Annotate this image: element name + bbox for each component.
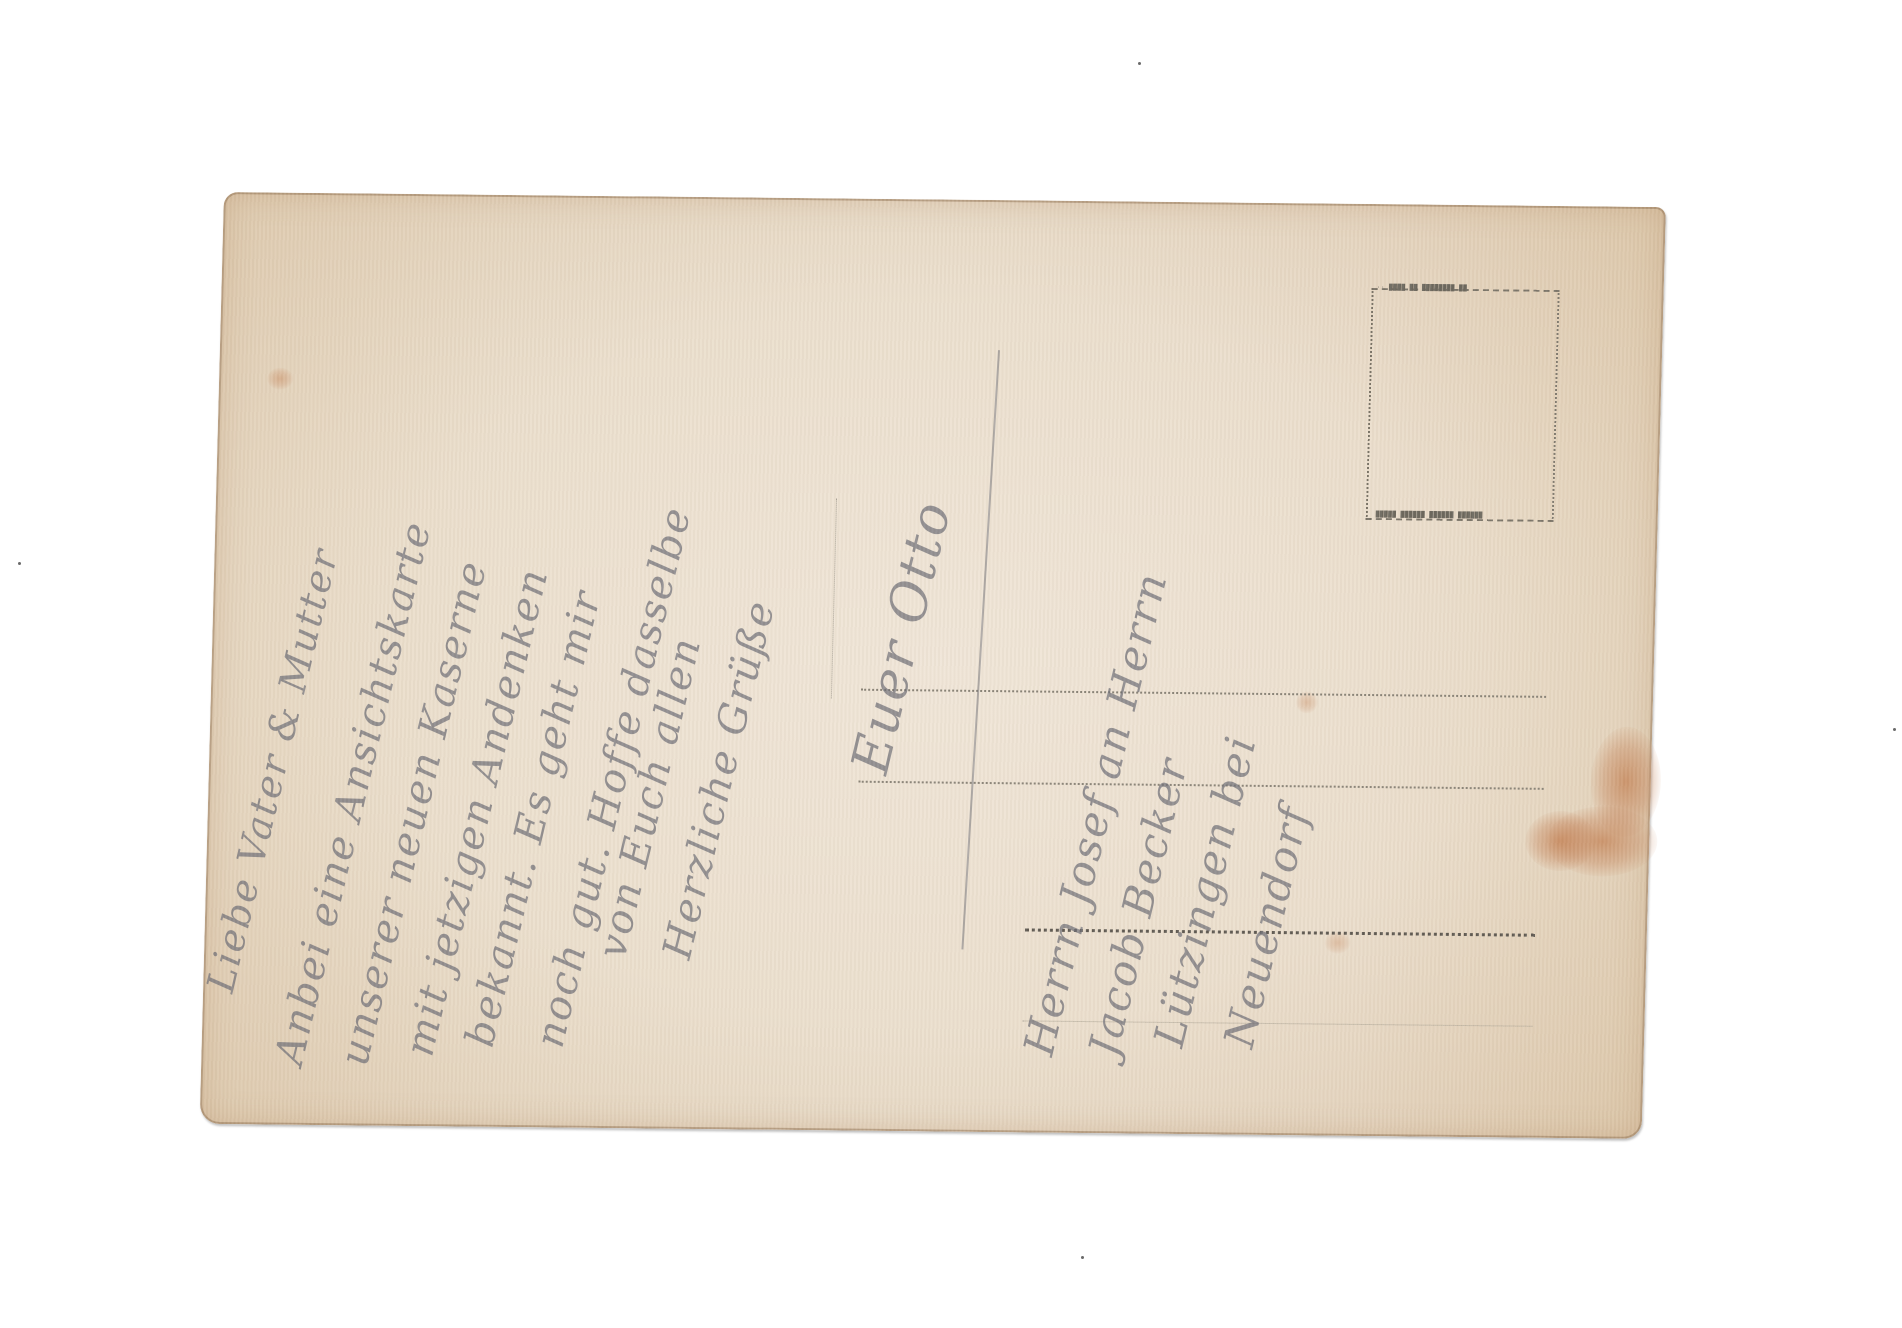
address-line-2 [859, 781, 1544, 790]
pencil-stroke [961, 350, 1000, 949]
stamp-box-top-caption: ·· ████ ██ ████████ ██ [1377, 284, 1468, 292]
dust-speck [1893, 728, 1896, 731]
address-line-1 [861, 689, 1546, 698]
postcard: ·· ████ ██ ████████ ██ █████ ██████ ████… [200, 192, 1666, 1139]
small-stain [267, 367, 294, 389]
dust-speck [1081, 1256, 1084, 1259]
stamp-box-bottom-caption: █████ ██████ ██████ ██████ [1376, 511, 1483, 519]
center-divider [831, 498, 837, 698]
small-stain [1324, 932, 1351, 954]
signature: Euer Otto [840, 495, 963, 779]
stamp-box [1366, 288, 1560, 522]
dust-speck [1138, 62, 1141, 65]
dust-speck [18, 562, 21, 565]
